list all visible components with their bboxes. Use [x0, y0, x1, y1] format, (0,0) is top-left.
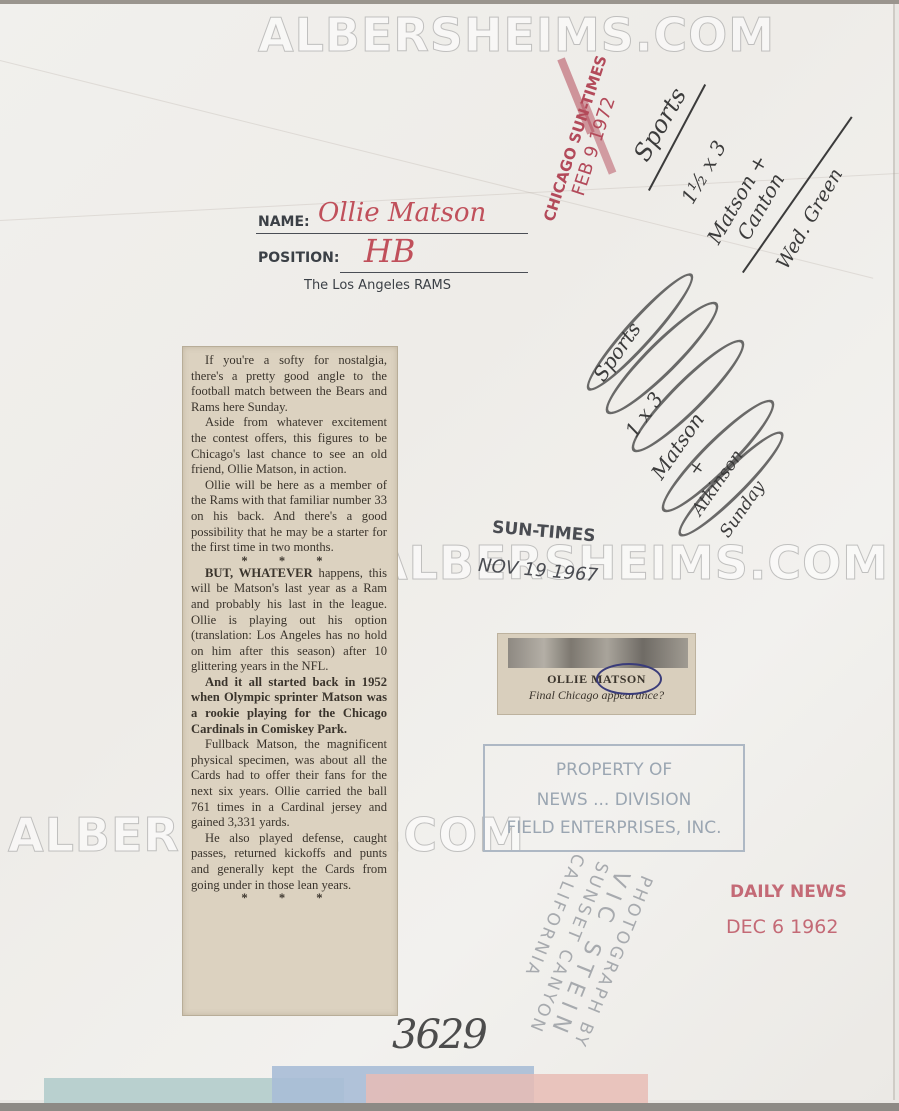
daily-news-paper: DAILY NEWS: [730, 882, 847, 902]
small-clipping: OLLIE MATSON Final Chicago appearance?: [497, 633, 696, 715]
clipping-photo-strip: [508, 638, 688, 668]
name-value: Ollie Matson: [318, 198, 486, 228]
team-name: The Los Angeles RAMS: [304, 278, 451, 293]
position-value: HB: [364, 232, 415, 270]
clipping-lead-bold: BUT, WHATEVER: [205, 566, 313, 580]
clipping-paragraph: If you're a softy for nostalgia, there's…: [191, 353, 387, 415]
clipping-paragraph: Ollie will be here as a member of the Ra…: [191, 478, 387, 556]
small-clipping-subhead: Final Chicago appearance?: [498, 688, 695, 703]
newspaper-clipping: If you're a softy for nostalgia, there's…: [182, 346, 398, 1016]
property-line: PROPERTY OF: [485, 760, 743, 780]
property-stamp: PROPERTY OF NEWS ... DIVISION FIELD ENTE…: [483, 744, 745, 852]
property-line: NEWS ... DIVISION: [485, 790, 743, 810]
clipping-paragraph: BUT, WHATEVER happens, this will be Mats…: [191, 566, 387, 675]
position-rule: [340, 272, 528, 273]
property-line: FIELD ENTERPRISES, INC.: [485, 818, 743, 838]
clipping-paragraph: He also played defense, caught passes, r…: [191, 831, 387, 893]
watermark-top: ALBERSHEIMS.COM: [258, 8, 775, 62]
top-edge: [0, 0, 899, 4]
clipping-paragraph-bold: And it all started back in 1952 when Oly…: [191, 675, 387, 737]
clipping-text: If you're a softy for nostalgia, there's…: [191, 353, 387, 903]
watermark-middle: ALBERSHEIMS.COM: [372, 536, 889, 590]
clipping-paragraph-rest: happens, this will be Matson's last year…: [191, 566, 387, 674]
daily-news-date: DEC 6 1962: [726, 916, 838, 938]
file-number: 3629: [392, 1012, 486, 1058]
ink-circle: [596, 663, 662, 695]
clipping-stars: * * *: [191, 556, 387, 566]
clipping-end-stars: * * *: [191, 893, 387, 903]
bottom-edge: [0, 1103, 899, 1111]
tape-pink: [366, 1074, 648, 1104]
position-label: POSITION:: [258, 250, 339, 266]
clipping-paragraph: Aside from whatever excitement the conte…: [191, 415, 387, 477]
name-label: NAME:: [258, 214, 310, 230]
clipping-paragraph: Fullback Matson, the magnificent physica…: [191, 737, 387, 831]
